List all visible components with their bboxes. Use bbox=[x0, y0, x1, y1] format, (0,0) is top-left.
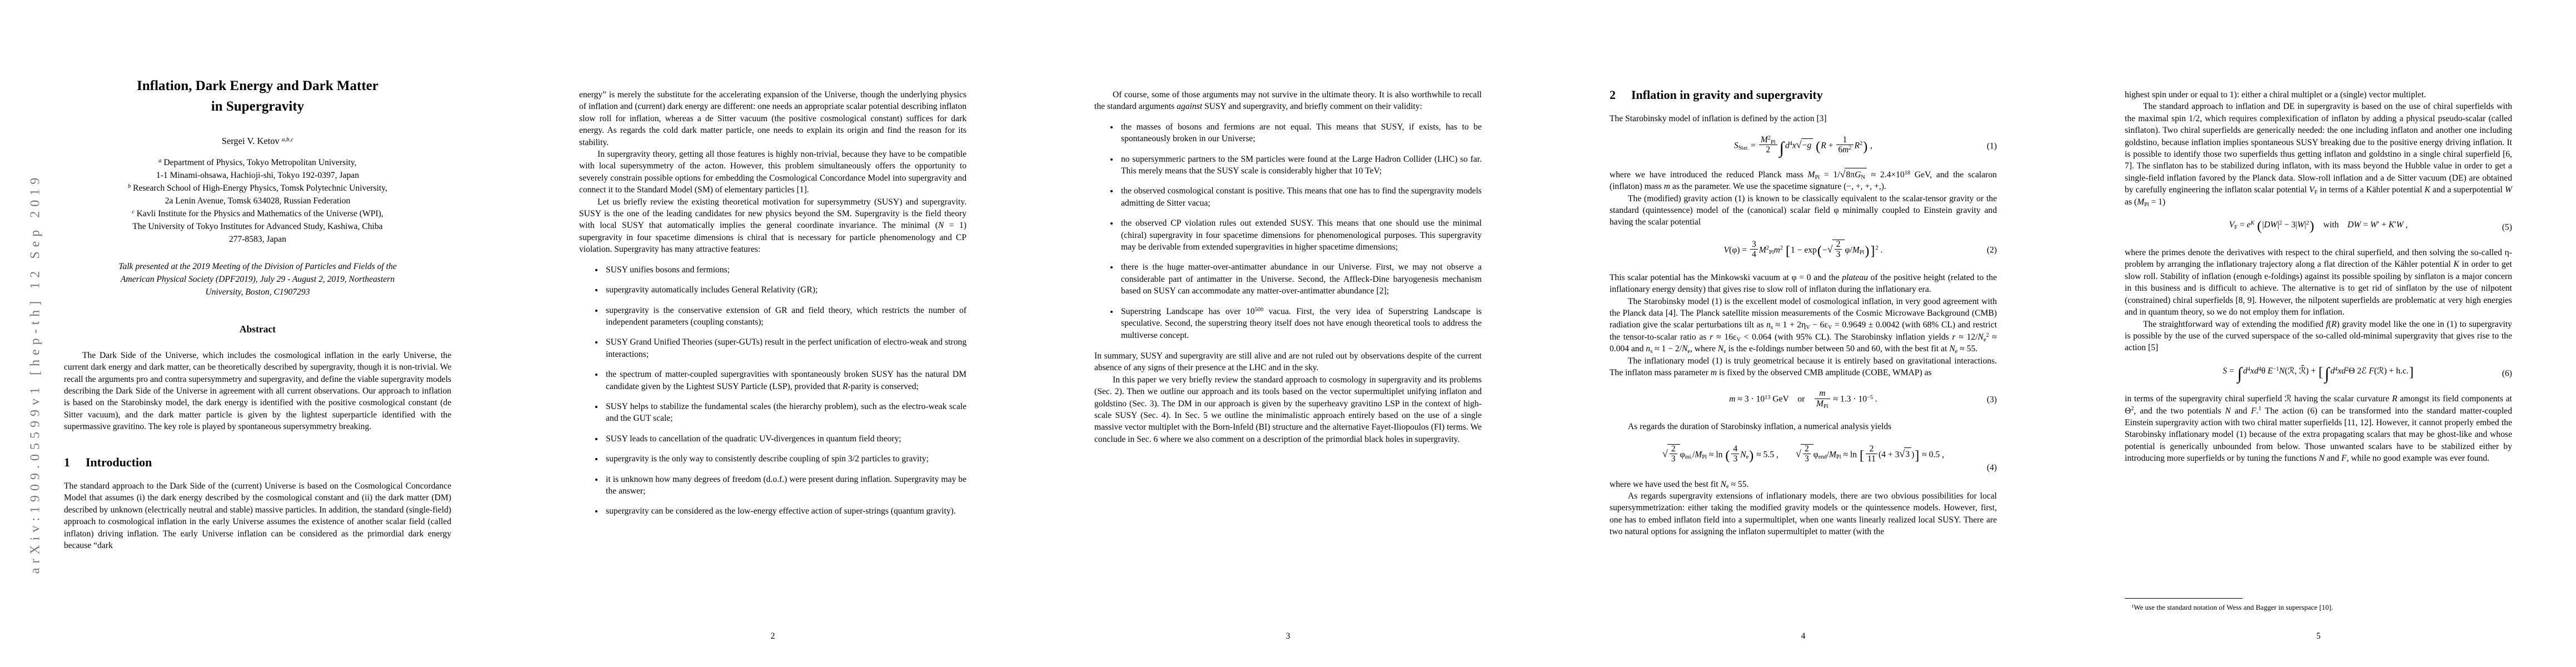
list-item: SUSY unifies bosons and fermions; bbox=[604, 264, 966, 276]
section-1-number: 1 bbox=[64, 455, 70, 469]
pro-susy-list: SUSY unifies bosons and fermions; superg… bbox=[579, 264, 966, 517]
title-line-1: Inflation, Dark Energy and Dark Matter bbox=[137, 78, 378, 93]
equation-4-body: √23φini./MPl ≈ ln (43Ne) ≈ 5.5 , √23φend… bbox=[1662, 444, 1944, 465]
affiliation-line: The University of Tokyo Institutes for A… bbox=[64, 220, 451, 233]
list-item: the masses of bosons and fermions are no… bbox=[1119, 121, 1482, 145]
equation-6-number: (6) bbox=[2502, 367, 2512, 379]
paragraph: in terms of the supergravity chiral supe… bbox=[2125, 393, 2512, 464]
page-number: 3 bbox=[1030, 631, 1546, 641]
section-1-heading: 1Introduction bbox=[64, 456, 451, 468]
paragraph: where the primes denote the derivatives … bbox=[2125, 247, 2512, 318]
list-item: supergravity automatically includes Gene… bbox=[604, 284, 966, 296]
page-1: arXiv:1909.05599v1 [hep-th] 12 Sep 2019 … bbox=[0, 0, 515, 667]
equation-2-number: (2) bbox=[1987, 244, 1997, 256]
paragraph: where we have used the best fit Ne ≈ 55. bbox=[1610, 479, 1997, 490]
page-number: 5 bbox=[2061, 631, 2576, 641]
affiliations-block: a Department of Physics, Tokyo Metropoli… bbox=[64, 156, 451, 246]
footnote-content: 1We use the standard notation of Wess an… bbox=[2131, 603, 2333, 611]
arxiv-watermark: arXiv:1909.05599v1 [hep-th] 12 Sep 2019 bbox=[28, 173, 43, 574]
intro-paragraph: The standard approach to the Dark Side o… bbox=[64, 480, 451, 551]
paragraph: where we have introduced the reduced Pla… bbox=[1610, 168, 1997, 193]
talk-line: American Physical Society (DPF2019), Jul… bbox=[64, 273, 451, 286]
equation-5-number: (5) bbox=[2502, 221, 2512, 233]
abstract-heading: Abstract bbox=[64, 323, 451, 335]
affiliation-line: c Kavli Institute for the Physics and Ma… bbox=[64, 207, 451, 220]
footnote-text: 1We use the standard notation of Wess an… bbox=[2125, 603, 2512, 613]
paragraph: As regards supergravity extensions of in… bbox=[1610, 490, 1997, 538]
paper-canvas: arXiv:1909.05599v1 [hep-th] 12 Sep 2019 … bbox=[0, 0, 2576, 667]
paragraph: As regards the duration of Starobinsky i… bbox=[1610, 421, 1997, 432]
list-item: the observed CP violation rules out exte… bbox=[1119, 217, 1482, 253]
list-item: the spectrum of matter-coupled supergrav… bbox=[604, 369, 966, 392]
paragraph: highest spin under or equal to 1): eithe… bbox=[2125, 89, 2512, 101]
page-number: 4 bbox=[1546, 631, 2061, 641]
section-2-title: Inflation in gravity and supergravity bbox=[1631, 88, 1823, 102]
list-item: no supersymmeric partners to the SM part… bbox=[1119, 153, 1482, 177]
affiliation-line: 1-1 Minami-ohsawa, Hachioji-shi, Tokyo 1… bbox=[64, 169, 451, 182]
equation-1-body: SStar. = M2Pl2∫d4x√−g (R + 16m2R2) , bbox=[1734, 136, 1872, 157]
equation-3-number: (3) bbox=[1987, 394, 1997, 406]
abstract-text: The Dark Side of the Universe, which inc… bbox=[64, 350, 451, 433]
equation-1-number: (1) bbox=[1987, 141, 1997, 152]
equation-6: S = ∫d4xd4θ E−1N(ℛ, ℛ̄) + [∫d4xd2Θ 2ℰ F(… bbox=[2125, 365, 2512, 382]
talk-line: Talk presented at the 2019 Meeting of th… bbox=[64, 260, 451, 273]
equation-6-body: S = ∫d4xd4θ E−1N(ℛ, ℛ̄) + [∫d4xd2Θ 2ℰ F(… bbox=[2223, 365, 2414, 382]
list-item: SUSY leads to cancellation of the quadra… bbox=[604, 433, 966, 445]
section-2-number: 2 bbox=[1610, 88, 1616, 102]
paragraph: The Starobinsky model of inflation is de… bbox=[1610, 113, 1997, 125]
talk-line: University, Boston, C1907293 bbox=[64, 286, 451, 298]
list-item: SUSY helps to stabilize the fundamental … bbox=[604, 401, 966, 425]
section-2-heading: 2Inflation in gravity and supergravity bbox=[1610, 89, 1997, 101]
paragraph: This scalar potential has the Minkowski … bbox=[1610, 272, 1997, 296]
affiliation-line: 2a Lenin Avenue, Tomsk 634028, Russian F… bbox=[64, 195, 451, 207]
equation-5: VF = eK (|DW|2 − 3|W|2) with DW = W′ + K… bbox=[2125, 219, 2512, 236]
equation-3: m ≈ 3 · 1013 GeV or mMPl ≈ 1.3 · 10−5 . … bbox=[1610, 390, 1997, 410]
paper-title: Inflation, Dark Energy and Dark Matter i… bbox=[64, 76, 451, 117]
contra-susy-list: the masses of bosons and fermions are no… bbox=[1094, 121, 1482, 341]
equation-1: SStar. = M2Pl2∫d4x√−g (R + 16m2R2) , (1) bbox=[1610, 136, 1997, 157]
paragraph: The (modified) gravity action (1) is kno… bbox=[1610, 193, 1997, 228]
paragraph: In supergravity theory, getting all thos… bbox=[579, 148, 966, 196]
list-item: Superstring Landscape has over 10500 vac… bbox=[1119, 306, 1482, 341]
page-number: 2 bbox=[515, 631, 1030, 641]
title-line-2: in Supergravity bbox=[211, 99, 304, 114]
list-item: SUSY Grand Unified Theories (super-GUTs)… bbox=[604, 336, 966, 360]
list-item: the observed cosmological constant is po… bbox=[1119, 185, 1482, 209]
equation-2: V(φ) = 34M2Plm2 [1 − exp(−√23φ/MPl)]2 . … bbox=[1610, 240, 1997, 261]
affiliation-line: b Research School of High-Energy Physics… bbox=[64, 182, 451, 195]
paragraph: The inflationary model (1) is truly geom… bbox=[1610, 355, 1997, 379]
affiliation-line: 277-8583, Japan bbox=[64, 233, 451, 246]
paragraph: The straightforward way of extending the… bbox=[2125, 318, 2512, 354]
section-1-title: Introduction bbox=[86, 455, 152, 469]
paragraph: Let us briefly review the existing theor… bbox=[579, 196, 966, 256]
page-3: Of course, some of those arguments may n… bbox=[1030, 0, 1546, 667]
paragraph: In summary, SUSY and supergravity are st… bbox=[1094, 350, 1482, 374]
page-4: 2Inflation in gravity and supergravity T… bbox=[1546, 0, 2061, 667]
footnote-block: 1We use the standard notation of Wess an… bbox=[2125, 598, 2512, 613]
equation-4: √23φini./MPl ≈ ln (43Ne) ≈ 5.5 , √23φend… bbox=[1610, 444, 1997, 465]
list-item: supergravity is the conservative extensi… bbox=[604, 305, 966, 328]
list-item: supergravity can be considered as the lo… bbox=[604, 505, 966, 517]
equation-2-body: V(φ) = 34M2Plm2 [1 − exp(−√23φ/MPl)]2 . bbox=[1724, 240, 1883, 261]
equation-5-body: VF = eK (|DW|2 − 3|W|2) with DW = W′ + K… bbox=[2229, 219, 2408, 233]
author-line: Sergei V. Ketov a,b,c bbox=[64, 135, 451, 147]
footnote-rule bbox=[2125, 598, 2243, 599]
page-5: highest spin under or equal to 1): eithe… bbox=[2061, 0, 2576, 667]
paragraph: The standard approach to inflation and D… bbox=[2125, 101, 2512, 208]
paragraph: energy” is merely the substitute for the… bbox=[579, 89, 966, 148]
talk-note: Talk presented at the 2019 Meeting of th… bbox=[64, 260, 451, 298]
paragraph: The Starobinsky model (1) is the excelle… bbox=[1610, 296, 1997, 355]
page-2: energy” is merely the substitute for the… bbox=[515, 0, 1030, 667]
list-item: there is the huge matter-over-antimatter… bbox=[1119, 261, 1482, 297]
paragraph: Of course, some of those arguments may n… bbox=[1094, 89, 1482, 113]
paragraph: In this paper we very briefly review the… bbox=[1094, 374, 1482, 445]
equation-4-number: (4) bbox=[1987, 462, 1997, 474]
affiliation-line: a Department of Physics, Tokyo Metropoli… bbox=[64, 156, 451, 169]
list-item: supergravity is the only way to consiste… bbox=[604, 453, 966, 465]
equation-3-body: m ≈ 3 · 1013 GeV or mMPl ≈ 1.3 · 10−5 . bbox=[1729, 390, 1877, 410]
list-item: it is unknown how many degrees of freedo… bbox=[604, 474, 966, 497]
